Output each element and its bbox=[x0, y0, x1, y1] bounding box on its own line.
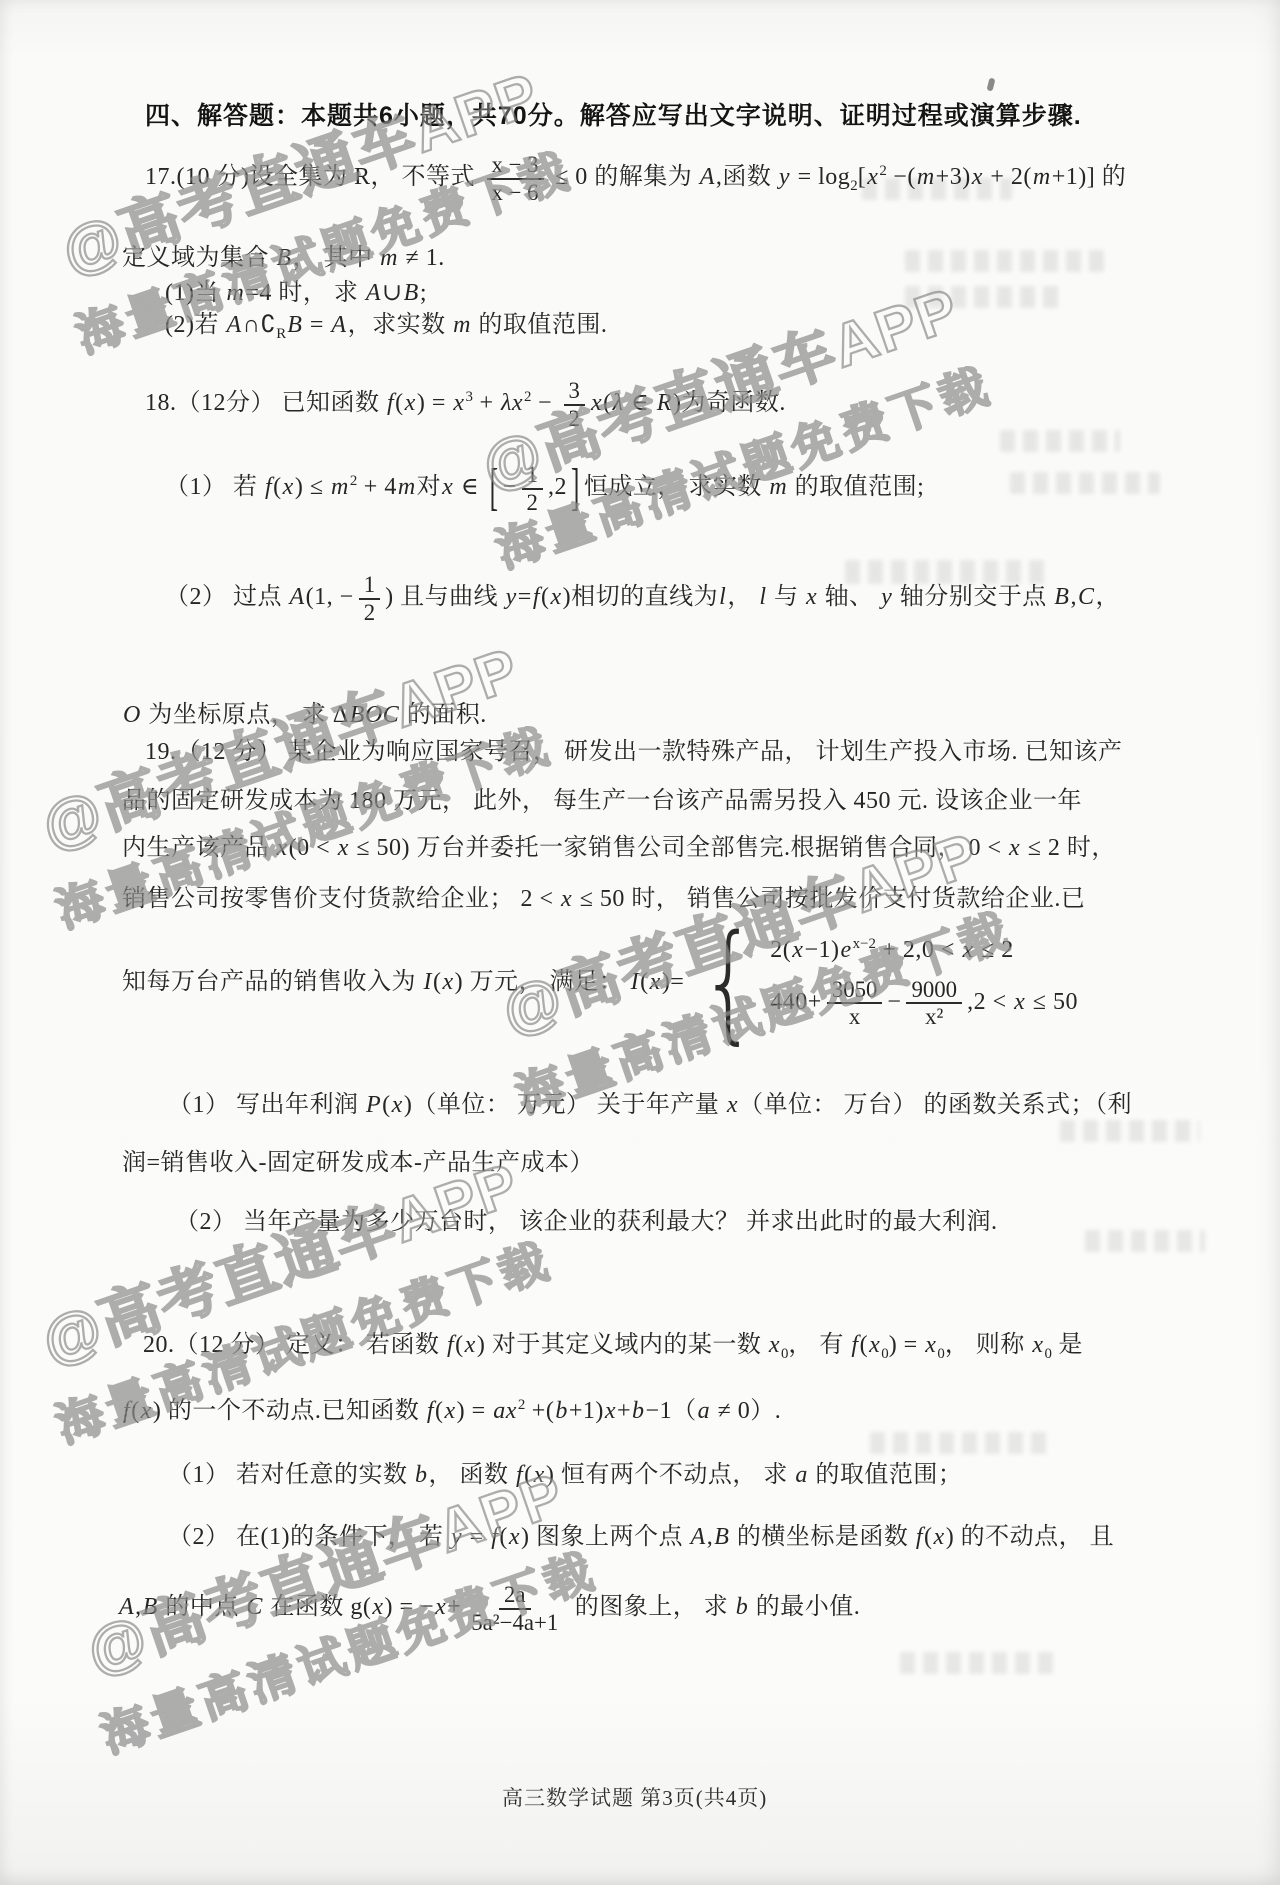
q19-line1: 19.（12 分） 某企业为响应国家号召， 研发出一款特殊产品， 计划生产投入市… bbox=[145, 737, 1123, 768]
q17-line1: 17.(10 分)设全集为 R， 不等式 x − 3x − 6 ≤ 0 的解集为… bbox=[145, 152, 1126, 205]
q18-part1: （1） 若 f(x) ≤ m2 + 4m对x ∈ [−12,2]恒成立， 求实数… bbox=[165, 462, 924, 515]
page-footer: 高三数学试题 第3页(共4页) bbox=[502, 1782, 767, 1812]
q19-line3: 内生产该产品 x(0 < x ≤ 50) 万台并委托一家销售公司全部售完.根据销… bbox=[122, 833, 1116, 864]
bleed-through-text bbox=[870, 1432, 1050, 1454]
q18-line1: 18.（12分） 已知函数 f(x) = x3 + λx2 − 32x(λ ∈ … bbox=[145, 378, 786, 431]
piecewise-rows: 2(x−1)ex−2 + 2,0 < x ≤ 2 440+3050x−9000x… bbox=[770, 935, 1078, 1029]
q20-line2: f(x) 的一个不动点.已知函数 f(x) = ax2 +(b+1)x+b−1（… bbox=[122, 1396, 781, 1427]
q17-part2: (2)若 A∩∁RB = A，求实数 m 的取值范围. bbox=[165, 310, 607, 344]
watermark-line2: 海量高清试题免费下载 bbox=[91, 1534, 604, 1767]
piecewise-function: { 2(x−1)ex−2 + 2,0 < x ≤ 2 440+3050x−900… bbox=[688, 925, 1078, 1040]
q19-part2: （2） 当年产量为多少万台时， 该企业的获利最大？ 并求出此时的最大利润. bbox=[175, 1207, 998, 1238]
q20-part2-line1: （2） 在(1)的条件下， 若 y = f(x) 图象上两个点 A,B 的横坐标… bbox=[168, 1522, 1114, 1553]
bleed-through-text bbox=[1085, 1230, 1205, 1252]
q19-line5: 知每万台产品的销售收入为 I(x) 万元， 满足： I(x)= { 2(x−1)… bbox=[122, 925, 1078, 1040]
q19-part1-line1: （1） 写出年利润 P(x)（单位： 万元） 关于年产量 x（单位： 万台） 的… bbox=[168, 1090, 1132, 1121]
q19-line5-text: 知每万台产品的销售收入为 I(x) 万元， 满足： I(x)= bbox=[122, 967, 684, 998]
exam-page: @高考直通车APP 海量高清试题免费下载 @高考直通车APP 海量高清试题免费下… bbox=[0, 0, 1280, 1885]
bleed-through-text bbox=[1060, 1120, 1200, 1142]
bleed-through-text bbox=[1000, 430, 1120, 452]
q17-part1: (1)当 m=4 时， 求 A∪B; bbox=[165, 278, 427, 309]
q18-part2-line2: O 为坐标原点， 求 ΔBOC 的面积. bbox=[122, 700, 487, 731]
section-header: 四、解答题：本题共6小题，共70分。解答应写出文字说明、证明过程或演算步骤. bbox=[145, 100, 1082, 133]
q19-part1-line2: 润=销售收入-固定研发成本-产品生产成本） bbox=[122, 1148, 594, 1179]
q20-line1: 20.（12 分） 定义： 若函数 f(x) 对于其定义域内的某一数 x0， 有… bbox=[143, 1330, 1083, 1364]
piecewise-brace: { bbox=[701, 925, 758, 1040]
bleed-through-text bbox=[905, 250, 1105, 272]
q19-line4: 销售公司按零售价支付货款给企业； 2 < x ≤ 50 时， 销售公司按批发价支… bbox=[122, 884, 1085, 915]
q17-line2: 定义域为集合 B， 其中 m ≠ 1. bbox=[122, 243, 445, 274]
q19-line2: 品的固定研发成本为 180 万元， 此外， 每生产一台该产品需另投入 450 元… bbox=[122, 786, 1082, 817]
q20-part2-line2: A,B 的中点 C 在函数 g(x) = −x+2a5a²−4a+1 的图象上，… bbox=[118, 1582, 860, 1635]
bleed-through-text bbox=[1010, 472, 1160, 494]
piecewise-case1: 2(x−1)ex−2 + 2,0 < x ≤ 2 bbox=[770, 935, 1078, 966]
bleed-through-text bbox=[900, 1652, 1060, 1674]
piecewise-case2: 440+3050x−9000x²,2 < x ≤ 50 bbox=[770, 977, 1078, 1030]
bleed-through-text bbox=[905, 286, 1065, 308]
scan-speck bbox=[987, 77, 996, 91]
q20-part1: （1） 若对任意的实数 b， 函数 f(x) 恒有两个不动点， 求 a 的取值范… bbox=[168, 1460, 962, 1491]
q18-part2-line1: （2） 过点 A(1, −12) 且与曲线 y=f(x)相切的直线为l， l 与… bbox=[165, 572, 1120, 625]
